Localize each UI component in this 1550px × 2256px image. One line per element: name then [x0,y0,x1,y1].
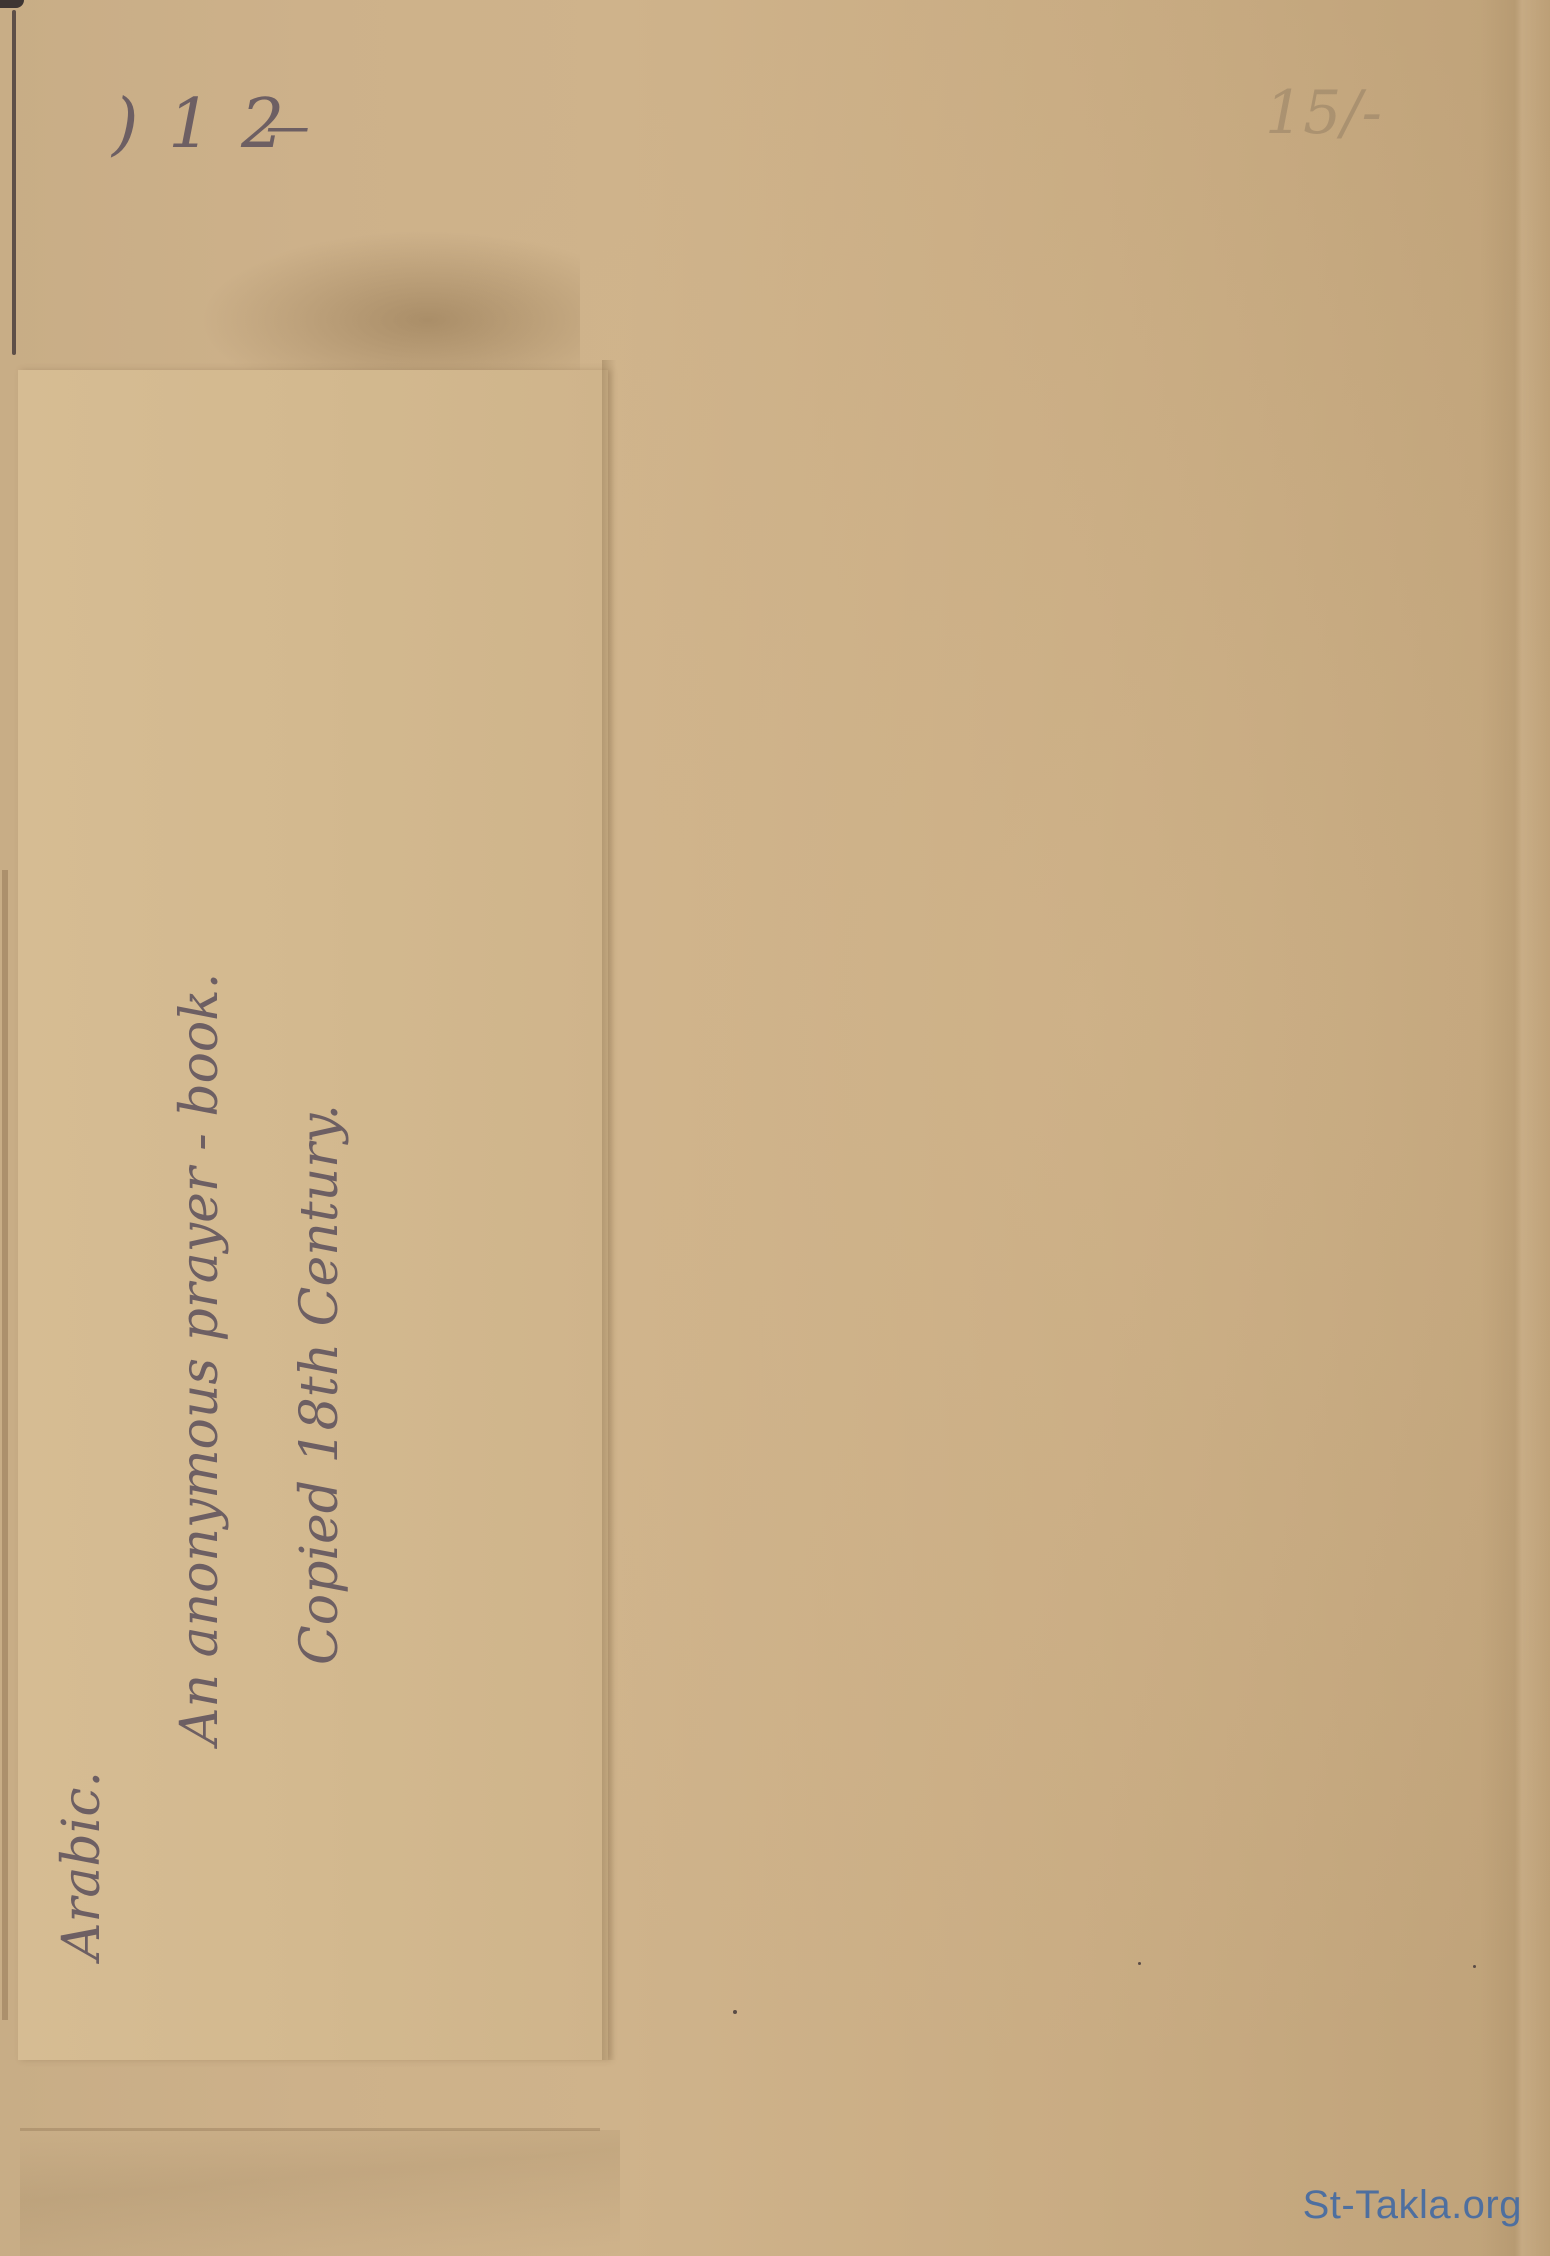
paper-speck [1138,1962,1141,1965]
shelfmark-annotation: ) 1 2 ̶ [112,85,314,164]
right-page-edge [1480,0,1550,2256]
slip-top-fold-shadow [200,230,580,380]
label-line-date: Copied 18th Century. [290,1104,350,1665]
watermark-text: St-Takla.org [1303,2183,1522,2228]
slip-right-edge-shadow [602,360,616,2060]
label-line-description: An anonymous prayer - book. [170,973,230,1745]
binding-edge-line [12,10,16,355]
scanned-page: ) 1 2 ̶ 15/- Arabic. An anonymous prayer… [0,0,1550,2256]
label-line-language: Arabic. [52,1771,112,1960]
paper-speck [733,2010,737,2014]
paper-speck [1473,1965,1476,1968]
binding-top-cap [0,0,24,8]
binding-edge-lower [2,870,8,2020]
price-annotation: 15/- [1265,78,1382,148]
slip-bottom-shadow [20,2130,620,2256]
